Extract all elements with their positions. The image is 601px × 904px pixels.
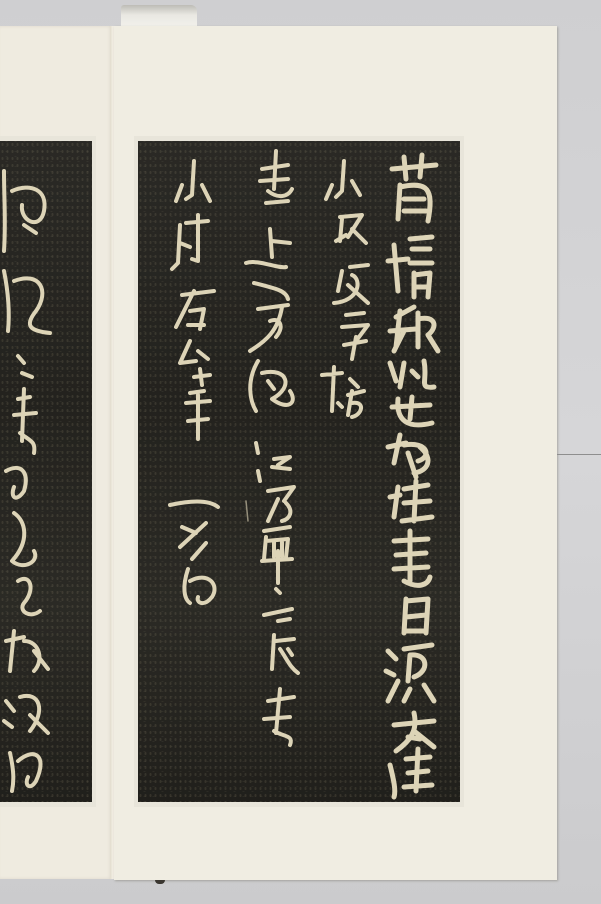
right-rubbing-panel: 莫情報以志杳杳生垂日涼來逢 不及致字憶 幸上何也未承軍一不去 不付石今年一勿何 [138,141,460,802]
column-4-strokes [170,161,218,603]
bookmark-tab [121,5,197,27]
left-calligraphy-strokes [0,141,92,802]
column-2-strokes [322,161,368,417]
right-calligraphy-strokes [138,141,460,802]
page-mark [155,880,165,884]
column-1-strokes [386,155,438,797]
table-edge-line [557,454,601,455]
left-rubbing-panel: 想觀之甚如乃敢深何 [0,141,92,802]
column-3-strokes [246,151,298,745]
